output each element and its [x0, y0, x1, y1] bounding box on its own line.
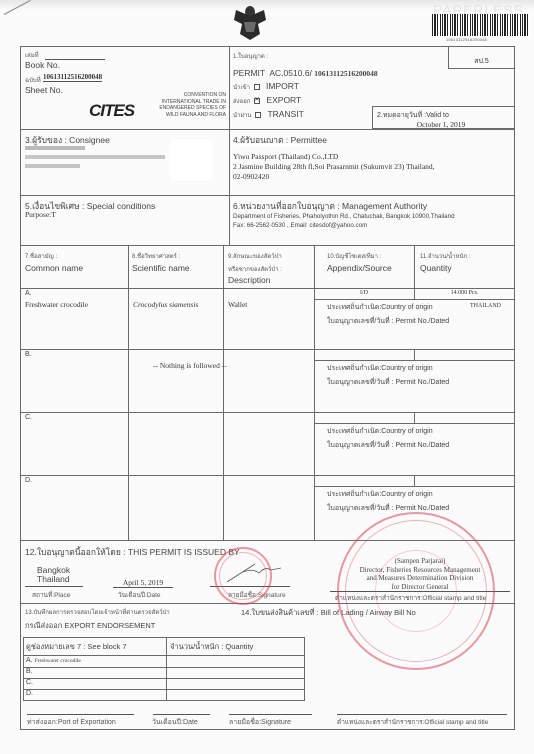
col-scientific-en: Scientific name: [132, 263, 190, 273]
endorsement-label-en: กรณีส่งออก EXPORT ENDORSEMENT: [25, 620, 155, 632]
col-quantity-en: Quantity: [420, 263, 452, 273]
permit-label-th: 1.ใบอนุญาต :: [233, 51, 268, 61]
row-divider: [20, 475, 515, 476]
permit-no-dated-label: ใบอนุญาตเลขที่/วันที่ : Permit No./Dated: [327, 316, 449, 327]
endorsement-signature-label: ลายมือชื่อ:Signature: [229, 717, 291, 728]
col-quantity-th: 11.จำนวน/น้ำหนัก :: [420, 251, 471, 261]
sheet-number: 10613112516200048: [43, 73, 102, 82]
form-code: สป.5: [448, 56, 515, 67]
endorsement-row-c: C.: [26, 679, 33, 686]
endorsement-date-label: วันเดือนปี:Date: [152, 717, 198, 728]
description: Wallet: [228, 300, 247, 309]
quantity: 14.000 Pcs.: [414, 290, 515, 296]
sub-row-line: [314, 360, 515, 361]
barcode: [432, 14, 530, 36]
col-desc-en: Description: [228, 275, 271, 285]
col-common-th: 7.ชื่อสามัญ :: [25, 251, 57, 261]
sheet-label-en: Sheet No.: [25, 85, 63, 95]
col-appendix-en: Appendix/Source: [327, 263, 392, 273]
col-scientific-th: 8.ชื่อวิทยาศาสตร์ :: [132, 251, 180, 261]
col-desc-th1: 9.ลักษณะของสัตว์ป่า: [228, 251, 282, 261]
checkbox-export[interactable]: ส่งออกEXPORT: [233, 95, 301, 106]
permit-no-dated-label: ใบอนุญาตเลขที่/วันที่ : Permit No./Dated: [327, 377, 449, 388]
issued-date: April 5, 2019: [113, 578, 173, 588]
endorsement-row-d: D.: [26, 690, 33, 697]
scientific-name: Crocodylus siamensis: [133, 300, 198, 309]
port-exportation-label: ท่าส่งออก:Port of Exportation: [27, 717, 116, 728]
sheet-label-th: ฉบับที่: [25, 75, 41, 85]
permittee-name: Yiwu Passport (Thailand) Co.,LTD: [233, 152, 338, 161]
checkbox-transit[interactable]: นำผ่านTRANSIT: [233, 109, 304, 120]
book-label-th: เล่มที่: [25, 50, 39, 60]
row-letter: B.: [25, 351, 32, 358]
row-letter: A.: [25, 290, 32, 297]
sub-divider: [414, 475, 415, 486]
book-label-en: Book No.: [25, 60, 60, 70]
authority-contact: Fax: 66-2562-0530 , Email: citesdof@yaho…: [233, 222, 367, 229]
see-block-label: ดูช่องหมายเลข 7 : See block 7: [26, 641, 127, 653]
checkbox-transit-box: [255, 112, 261, 118]
permit-number-row: PERMIT AC.0510.6/ 10613112516200048: [233, 68, 378, 78]
common-name: Freshwater crocodile: [25, 300, 88, 309]
cites-logo: CITES: [89, 101, 134, 121]
place-label: สถานที่:Place: [32, 590, 70, 600]
permit-no-dated-label: ใบอนุญาตเลขที่/วันที่ : Permit No./Dated: [327, 440, 449, 451]
checkbox-import[interactable]: นำเข้าIMPORT: [233, 81, 299, 92]
endorsement-label-th: 13.บันทึกผลการตรวจสอบโดยเจ้าหน้าที่ด่านต…: [25, 607, 170, 617]
management-authority-label: 6.หน่วยงานที่ออกใบอนุญาต : Management Au…: [233, 199, 427, 213]
endorsement-stamp-label: ตำแหน่งและตราสำนักราชการ:Official stamp …: [337, 717, 488, 727]
permittee-address: 2 Jasmine Building 28th fl,Soi Prasarnmi…: [233, 162, 435, 171]
endorsement-row-a: A. Freshwater crocodile: [26, 657, 81, 664]
sub-row-line: [314, 486, 515, 487]
garuda-emblem-icon: [230, 2, 270, 42]
permittee-phone: 02-0902420: [233, 172, 269, 181]
row-letter: C.: [25, 414, 32, 421]
authority-address: Department of Fisheries, Phaholyothin Rd…: [233, 213, 455, 220]
endorsement-quantity-label: จำนวน/น้ำหนัก : Quantity: [170, 641, 253, 653]
country-of-origin-label: ประเทศถิ่นกำเนิด:Country of origin: [327, 426, 433, 437]
endorsement-row-b: B.: [26, 668, 33, 675]
checkbox-export-box: [254, 98, 260, 104]
checkbox-import-box: [254, 84, 260, 90]
sub-row-line: [314, 299, 515, 300]
consignee-label: 3.ผู้รับของ : Consignee: [25, 133, 110, 147]
consignee-redacted-line3: [25, 164, 80, 168]
row-divider: [20, 412, 515, 413]
country-of-origin-label: ประเทศถิ่นกำเนิด:Country of origin: [327, 363, 433, 374]
col-desc-th2: หรือซากของสัตว์ป่า :: [228, 264, 282, 274]
appendix-source: I/D: [314, 290, 414, 296]
country-of-origin-label: ประเทศถิ่นกำเนิด:Country of origin: [327, 489, 433, 500]
consignee-redacted-line2: [25, 155, 165, 159]
permittee-redaction: [233, 143, 313, 147]
sub-divider: [414, 412, 415, 423]
col-appendix-th: 10.บัญชีไซเตส/ที่มา :: [327, 251, 381, 261]
country-of-origin: THAILAND: [470, 303, 501, 309]
date-label: วันเดือนปี:Date: [118, 590, 161, 600]
consignee-redacted-line1: [25, 146, 85, 150]
barcode-number: 10613112516200048: [446, 37, 487, 42]
country-of-origin-label: ประเทศถิ่นกำเนิด:Country of origin: [327, 302, 433, 313]
special-conditions-value: Purpose:T: [25, 210, 56, 219]
cites-caption: CONVENTION ON INTERNATIONAL TRADE IN END…: [136, 92, 226, 118]
nothing-followed-note: -- Nothing is followed --: [153, 361, 227, 370]
sub-divider: [414, 349, 415, 360]
row-letter: D.: [25, 477, 32, 484]
issued-place: Bangkok Thailand: [37, 566, 70, 584]
issued-by-label: 12.ใบอนุญาตนี้ออกให้โดย : THIS PERMIT IS…: [25, 545, 240, 559]
sub-row-line: [314, 423, 515, 424]
col-common-en: Common name: [25, 263, 83, 273]
redaction-box: [170, 140, 212, 180]
permit-no-dated-label: ใบอนุญาตเลขที่/วันที่ : Permit No./Dated: [327, 503, 449, 514]
row-divider: [20, 349, 515, 350]
